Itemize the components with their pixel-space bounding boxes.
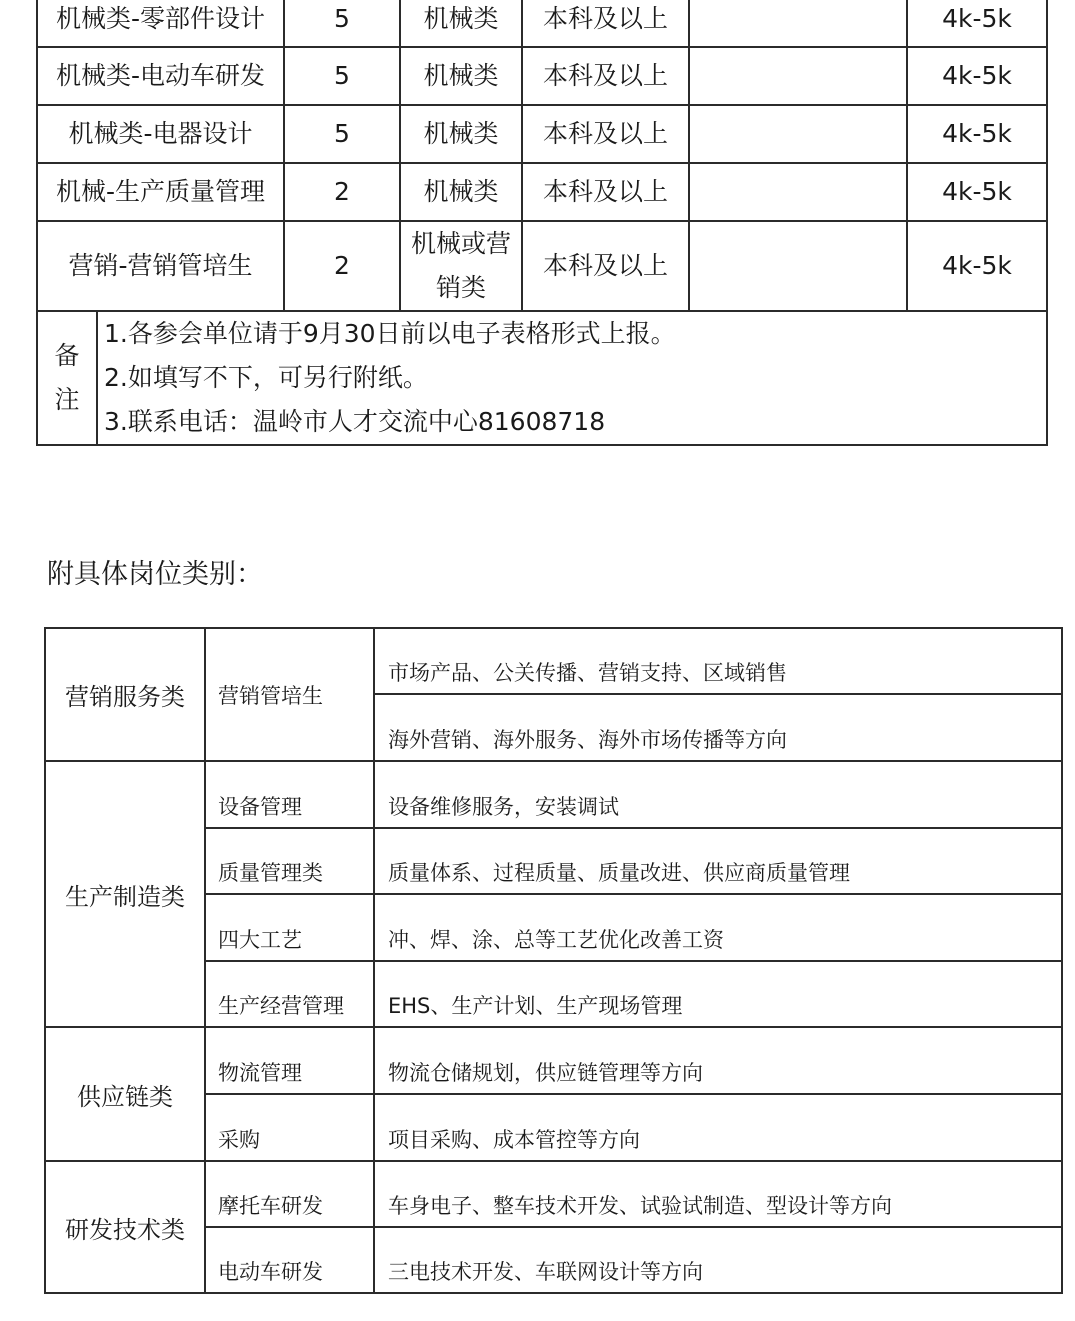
description-cell: 三电技术开发、车联网设计等方向 [373,1226,1063,1294]
education-text: 本科及以上 [543,244,668,288]
position-text: 机械类-零部件设计 [56,0,265,41]
cell-other [688,104,908,164]
salary-text: 4k-5k [942,112,1012,156]
subcategory-text: 物流管理 [218,1057,302,1087]
description-cell: 车身电子、整车技术开发、试验试制造、型设计等方向 [373,1160,1063,1228]
description-text: 物流仓储规划，供应链管理等方向 [388,1057,703,1087]
major-text-line1: 机械或营 [411,222,511,266]
cell-other [688,162,908,222]
cell-education: 本科及以上 [521,104,690,164]
note-item: 2.如填写不下，可另行附纸。 [104,356,428,400]
count-text: 2 [334,170,350,214]
subcategory-cell: 四大工艺 [204,893,375,962]
description-text: 三电技术开发、车联网设计等方向 [388,1256,703,1286]
description-cell: 设备维修服务，安装调试 [373,760,1063,829]
cell-salary: 4k-5k [906,162,1048,222]
description-cell: 项目采购、成本管控等方向 [373,1093,1063,1162]
subcategory-text: 电动车研发 [218,1256,323,1286]
cell-count: 2 [283,220,401,312]
description-text: 海外营销、海外服务、海外市场传播等方向 [388,724,787,754]
education-text: 本科及以上 [543,112,668,156]
position-text: 机械-生产质量管理 [56,170,265,214]
cell-major: 机械类 [399,0,523,48]
cell-salary: 4k-5k [906,0,1048,48]
description-text: 市场产品、公关传播、营销支持、区域销售 [388,657,787,687]
description-text: 设备维修服务，安装调试 [388,791,619,821]
description-text: 冲、焊、涂、总等工艺优化改善工资 [388,924,724,954]
subcategory-cell: 生产经营管理 [204,960,375,1028]
category-text: 供应链类 [77,1077,173,1112]
cell-position: 机械类-电动车研发 [36,46,285,106]
note-item: 3.联系电话：温岭市人才交流中心81608718 [104,400,605,444]
category-cell: 研发技术类 [44,1160,206,1294]
subcategory-text: 四大工艺 [218,924,302,954]
major-text: 机械类 [423,0,498,41]
description-text: 质量体系、过程质量、质量改进、供应商质量管理 [388,857,850,887]
description-cell: 海外营销、海外服务、海外市场传播等方向 [373,693,1063,762]
count-text: 5 [334,54,350,98]
subcategory-text: 摩托车研发 [218,1190,323,1220]
description-cell: EHS、生产计划、生产现场管理 [373,960,1063,1028]
description-cell: 市场产品、公关传播、营销支持、区域销售 [373,627,1063,695]
cell-count: 2 [283,162,401,222]
subcategory-cell: 质量管理类 [204,827,375,895]
description-cell: 物流仓储规划，供应链管理等方向 [373,1026,1063,1095]
notes-label-line1: 备 [54,334,79,378]
cell-salary: 4k-5k [906,104,1048,164]
cell-salary: 4k-5k [906,46,1048,106]
major-text-line2: 销类 [436,266,486,310]
cell-major: 机械或营 销类 [399,220,523,312]
salary-text: 4k-5k [942,0,1012,41]
subcategory-text: 质量管理类 [218,857,323,887]
major-text: 机械类 [423,170,498,214]
education-text: 本科及以上 [543,54,668,98]
cell-other [688,0,908,48]
description-text: 项目采购、成本管控等方向 [388,1124,640,1154]
subcategory-cell: 设备管理 [204,760,375,829]
position-text: 营销-营销管培生 [68,244,252,288]
cell-count: 5 [283,0,401,48]
description-cell: 质量体系、过程质量、质量改进、供应商质量管理 [373,827,1063,895]
cell-position: 营销-营销管培生 [36,220,285,312]
subcategory-cell: 采购 [204,1093,375,1162]
cell-other [688,220,908,312]
description-text: EHS、生产计划、生产现场管理 [388,990,682,1020]
subcategory-cell: 电动车研发 [204,1226,375,1294]
cell-major: 机械类 [399,104,523,164]
cell-education: 本科及以上 [521,0,690,48]
cell-count: 5 [283,104,401,164]
note-item: 1.各参会单位请于9月30日前以电子表格形式上报。 [104,312,676,356]
salary-text: 4k-5k [942,54,1012,98]
category-text: 研发技术类 [65,1210,185,1245]
cell-major: 机械类 [399,46,523,106]
category-cell: 供应链类 [44,1026,206,1162]
subcategory-text: 生产经营管理 [218,990,344,1020]
cell-education: 本科及以上 [521,162,690,222]
cell-position: 机械类-零部件设计 [36,0,285,48]
count-text: 5 [334,0,350,41]
subcategory-text: 设备管理 [218,791,302,821]
category-text: 生产制造类 [65,877,185,912]
salary-text: 4k-5k [942,170,1012,214]
cell-position: 机械-生产质量管理 [36,162,285,222]
cell-education: 本科及以上 [521,46,690,106]
cell-other [688,46,908,106]
subcategory-text: 营销管培生 [218,680,323,710]
description-text: 车身电子、整车技术开发、试验试制造、型设计等方向 [388,1190,892,1220]
notes-label: 备 注 [36,310,98,446]
description-cell: 冲、焊、涂、总等工艺优化改善工资 [373,893,1063,962]
count-text: 2 [334,244,350,288]
cell-major: 机械类 [399,162,523,222]
section-title: 附具体岗位类别： [47,552,263,591]
notes-body: 1.各参会单位请于9月30日前以电子表格形式上报。 2.如填写不下，可另行附纸。… [96,310,1048,446]
cell-salary: 4k-5k [906,220,1048,312]
count-text: 5 [334,112,350,156]
subcategory-cell: 摩托车研发 [204,1160,375,1228]
cell-education: 本科及以上 [521,220,690,312]
category-cell: 生产制造类 [44,760,206,1028]
cell-position: 机械类-电器设计 [36,104,285,164]
category-cell: 营销服务类 [44,627,206,762]
position-text: 机械类-电动车研发 [56,54,265,98]
position-text: 机械类-电器设计 [68,112,252,156]
education-text: 本科及以上 [543,170,668,214]
subcategory-cell: 物流管理 [204,1026,375,1095]
subcategory-text: 采购 [218,1124,260,1154]
subcategory-cell: 营销管培生 [204,627,375,762]
notes-label-line2: 注 [54,378,79,422]
major-text: 机械类 [423,54,498,98]
salary-text: 4k-5k [942,244,1012,288]
education-text: 本科及以上 [543,0,668,41]
major-text: 机械类 [423,112,498,156]
cell-count: 5 [283,46,401,106]
category-text: 营销服务类 [65,677,185,712]
